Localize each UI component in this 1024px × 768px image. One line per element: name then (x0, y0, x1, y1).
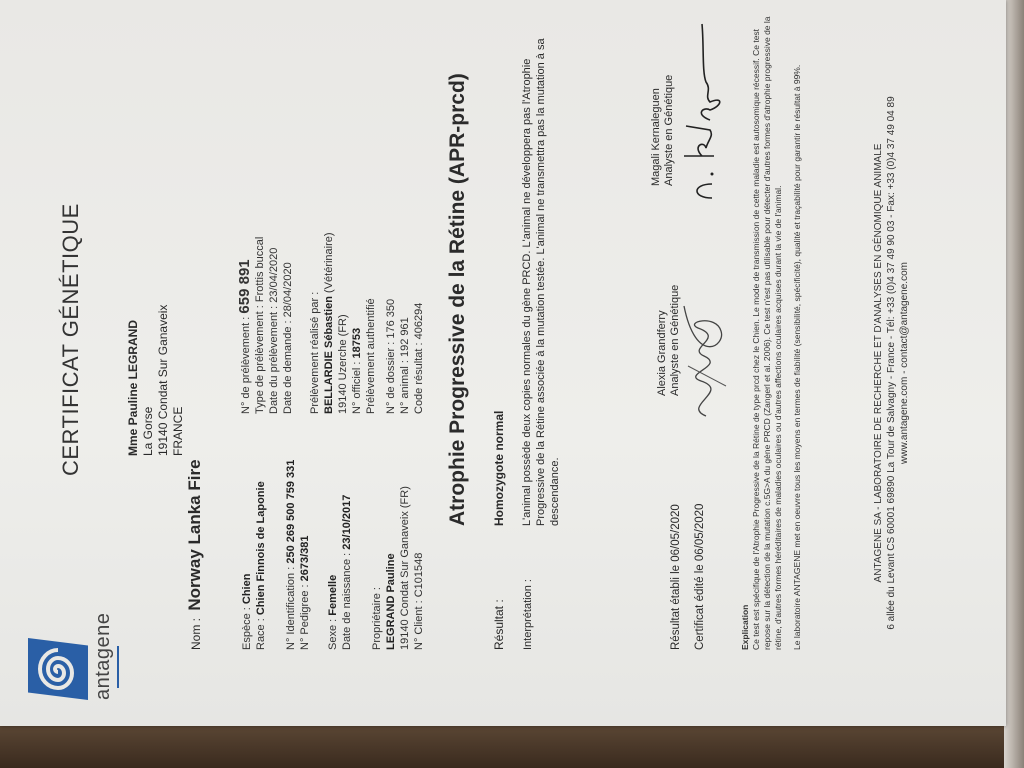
officiel-value: 18753 (351, 328, 363, 359)
animal-name-line: Nom : Norway Lanka Fire (185, 459, 205, 650)
vet-block: Prélèvement réalisé par : BELLARDIE Séba… (308, 232, 378, 414)
sexe-value: Femelle (327, 575, 339, 616)
interpretation-text: L'animal possède deux copies normales du… (520, 26, 562, 526)
date-demande-value: 28/04/2020 (282, 262, 294, 317)
race-value: Chien Finnois de Laponie (255, 481, 267, 615)
dossier-value: 176 350 (385, 299, 397, 339)
signatory-2-name: Magali Kernaleguen (650, 75, 663, 186)
vet-city: 19140 Uzerche (FR) (336, 232, 350, 414)
result-date: Résultat établi le 06/05/2020 (664, 504, 688, 650)
spiral-logo-icon (28, 638, 88, 700)
file-block: N° de dossier : 176 350 N° animal : 192 … (384, 299, 426, 414)
sexe-label: Sexe : (327, 619, 339, 650)
addressee-line2: 19140 Condat Sur Ganaveix (156, 305, 171, 456)
dossier-label: N° de dossier : (385, 342, 397, 414)
logo-underline (117, 646, 119, 688)
signatory-2: Magali Kernaleguen Analyste en Génétique (650, 75, 676, 186)
animal-name: Norway Lanka Fire (185, 459, 204, 610)
pedigree-label: N° Pedigree : (299, 584, 311, 650)
species-block: Espèce : Chien Race : Chien Finnois de L… (240, 481, 268, 650)
signature-2 (674, 16, 724, 206)
animal-number-value: 192 961 (399, 317, 411, 357)
background-surface-bottom (0, 726, 1024, 768)
date-prelevement-value: 23/04/2020 (268, 248, 280, 303)
owner-label: Propriétaire : (370, 486, 384, 650)
test-title: Atrophie Progressive de la Rétine (APR-p… (446, 73, 470, 526)
footer: ANTAGENE SA - LABORATOIRE DE RECHERCHE E… (872, 0, 911, 726)
nom-label: Nom : (189, 618, 203, 650)
certificate-date: Certificat édité le 06/05/2020 (688, 504, 712, 650)
animal-number-label: N° animal : (399, 360, 411, 414)
owner-name: LEGRAND Pauline (385, 553, 397, 650)
type-label: Type de prélèvement : (254, 305, 266, 414)
client-value: C101548 (413, 553, 425, 598)
officiel-label: N° officiel : (351, 362, 363, 415)
identification-value: 250 269 500 759 331 (285, 460, 297, 564)
lab-guarantee-note: Le laboratoire ANTAGENE met en oeuvre to… (792, 10, 802, 650)
espece-label: Espèce : (241, 607, 253, 650)
vet-label: Prélèvement réalisé par : (308, 232, 322, 414)
footer-line3: www.antagene.com - contact@antagene.com (898, 0, 911, 726)
vet-role: (Vétérinaire) (323, 232, 335, 293)
owner-address: 19140 Condat Sur Ganaveix (FR) (398, 486, 412, 650)
explication-text: Ce test est spécifique de l'Atrophie Pro… (751, 10, 784, 650)
sex-birth-block: Sexe : Femelle Date de naissance : 23/10… (326, 495, 354, 650)
plastic-sleeve-edge (1004, 0, 1024, 768)
result-value: Homozygote normal (492, 411, 506, 526)
prelevement-label: N° de prélèvement : (240, 317, 252, 414)
dates-block: Résultat établi le 06/05/2020 Certificat… (664, 504, 712, 650)
naissance-value: 23/10/2017 (341, 495, 353, 550)
vet-authentifie: Prélèvement authentifié (364, 232, 378, 414)
antagene-logo: antagene (28, 620, 119, 700)
date-demande-label: Date de demande : (282, 320, 294, 414)
sample-block: N° de prélèvement : 659 891 Type de prél… (238, 237, 295, 414)
type-value: Frottis buccal (254, 237, 266, 302)
explication-title: Explication (740, 10, 751, 650)
vet-name: BELLARDIE Sébastien (323, 296, 335, 414)
signatory-1-name: Alexia Grandferry (656, 285, 669, 396)
code-value: 406294 (413, 303, 425, 340)
addressee-line1: La Gorse (141, 305, 156, 456)
prelevement-value: 659 891 (236, 259, 253, 313)
identification-label: N° Identification : (285, 567, 297, 650)
addressee-line3: FRANCE (171, 305, 186, 456)
footer-line1: ANTAGENE SA - LABORATOIRE DE RECHERCHE E… (872, 0, 885, 726)
certificate-page: antagene CERTIFICAT GÉNÉTIQUE Mme Paulin… (0, 0, 1006, 726)
explication-block: Explication Ce test est spécifique de l'… (740, 10, 784, 650)
certificate-title: CERTIFICAT GÉNÉTIQUE (58, 203, 84, 476)
owner-block: Propriétaire : LEGRAND Pauline 19140 Con… (370, 486, 426, 650)
interpretation-label: Interprétation : (522, 579, 534, 650)
logo-wordmark: antagene (92, 620, 115, 700)
client-label: N° Client : (413, 600, 425, 650)
addressee-name: Mme Pauline LEGRAND (126, 305, 141, 456)
date-prelevement-label: Date du prélèvement : (268, 306, 280, 414)
code-label: Code résultat : (413, 342, 425, 414)
footer-line2: 6 allée du Levant CS 60001 69890 La Tour… (885, 0, 898, 726)
espece-value: Chien (241, 574, 253, 605)
naissance-label: Date de naissance : (341, 553, 353, 650)
race-label: Race : (255, 618, 267, 650)
result-label: Résultat : (492, 599, 506, 650)
signature-1 (676, 296, 736, 426)
pedigree-value: 2673/381 (299, 536, 311, 582)
addressee-block: Mme Pauline LEGRAND La Gorse 19140 Conda… (126, 305, 186, 456)
identification-block: N° Identification : 250 269 500 759 331 … (284, 460, 312, 650)
